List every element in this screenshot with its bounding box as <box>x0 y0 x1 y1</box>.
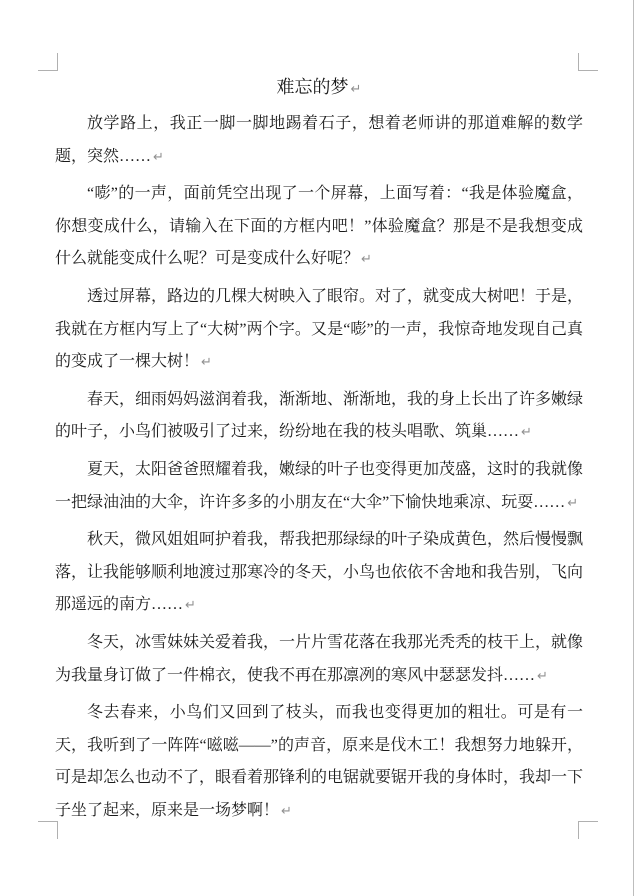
essay-paragraph[interactable]: 放学路上，我正一脚一脚地踢着石子，想着老师讲的那道难解的数学题，突然……↵ <box>55 108 583 174</box>
paragraph-text: 放学路上，我正一脚一脚地踢着石子，想着老师讲的那道难解的数学题，突然…… <box>55 115 583 165</box>
essay-paragraph[interactable]: 冬去春来，小鸟们又回到了枝头，而我也变得更加的粗壮。可是有一天，我听到了一阵阵“… <box>55 697 583 828</box>
essay-paragraph[interactable]: 夏天，太阳爸爸照耀着我，嫩绿的叶子也变得更加茂盛，这时的我就像一把绿油油的大伞，… <box>55 454 583 520</box>
document-text-area[interactable]: 难忘的梦↵ 放学路上，我正一脚一脚地踢着石子，想着老师讲的那道难解的数学题，突然… <box>55 71 583 832</box>
margin-crop-mark-top-left <box>38 53 58 71</box>
paragraph-mark-icon: ↵ <box>349 82 362 97</box>
page-edge-line <box>633 0 634 896</box>
document-title[interactable]: 难忘的梦↵ <box>55 71 583 106</box>
word-document-page: { "document": { "title": "难忘的梦", "paragr… <box>0 0 636 896</box>
essay-paragraph[interactable]: 春天，细雨妈妈滋润着我，渐渐地、渐渐地，我的身上长出了许多嫩绿的叶子，小鸟们被吸… <box>55 384 583 450</box>
paragraph-text: 冬天，冰雪妹妹关爱着我，一片片雪花落在我那光秃秃的枝干上，就像为我量身订做了一件… <box>55 634 583 684</box>
paragraph-mark-icon: ↵ <box>183 598 196 613</box>
document-title-text: 难忘的梦 <box>277 77 349 97</box>
essay-paragraph[interactable]: 冬天，冰雪妹妹关爱着我，一片片雪花落在我那光秃秃的枝干上，就像为我量身订做了一件… <box>55 627 583 693</box>
margin-crop-mark-top-right <box>578 53 598 71</box>
essay-paragraph[interactable]: 秋天，微风姐姐呵护着我，帮我把那绿绿的叶子染成黄色，然后慢慢飘落，让我能够顺利地… <box>55 524 583 623</box>
paragraph-mark-icon: ↵ <box>519 425 532 440</box>
essay-paragraph[interactable]: 透过屏幕，路边的几棵大树映入了眼帘。对了，就变成大树吧！于是，我就在方框内写上了… <box>55 281 583 380</box>
paragraph-mark-icon: ↵ <box>565 496 578 511</box>
paragraph-text: 透过屏幕，路边的几棵大树映入了眼帘。对了，就变成大树吧！于是，我就在方框内写上了… <box>55 288 583 370</box>
paragraph-text: 秋天，微风姐姐呵护着我，帮我把那绿绿的叶子染成黄色，然后慢慢飘落，让我能够顺利地… <box>55 531 583 613</box>
document-page: 难忘的梦↵ 放学路上，我正一脚一脚地踢着石子，想着老师讲的那道难解的数学题，突然… <box>0 0 636 896</box>
paragraph-text: 春天，细雨妈妈滋润着我，渐渐地、渐渐地，我的身上长出了许多嫩绿的叶子，小鸟们被吸… <box>55 391 583 441</box>
paragraph-mark-icon: ↵ <box>199 355 212 370</box>
paragraph-mark-icon: ↵ <box>279 804 292 819</box>
paragraph-text: “嘭”的一声，面前凭空出现了一个屏幕，上面写着：“我是体验魔盒，你想变成什么，请… <box>55 185 583 267</box>
paragraph-text: 冬去春来，小鸟们又回到了枝头，而我也变得更加的粗壮。可是有一天，我听到了一阵阵“… <box>55 704 583 819</box>
paragraph-list: 放学路上，我正一脚一脚地踢着石子，想着老师讲的那道难解的数学题，突然……↵ “嘭… <box>55 108 583 828</box>
paragraph-mark-icon: ↵ <box>535 669 548 684</box>
paragraph-mark-icon: ↵ <box>151 150 164 165</box>
paragraph-mark-icon: ↵ <box>359 252 372 267</box>
essay-paragraph[interactable]: “嘭”的一声，面前凭空出现了一个屏幕，上面写着：“我是体验魔盒，你想变成什么，请… <box>55 178 583 277</box>
paragraph-text: 夏天，太阳爸爸照耀着我，嫩绿的叶子也变得更加茂盛，这时的我就像一把绿油油的大伞，… <box>55 461 583 511</box>
